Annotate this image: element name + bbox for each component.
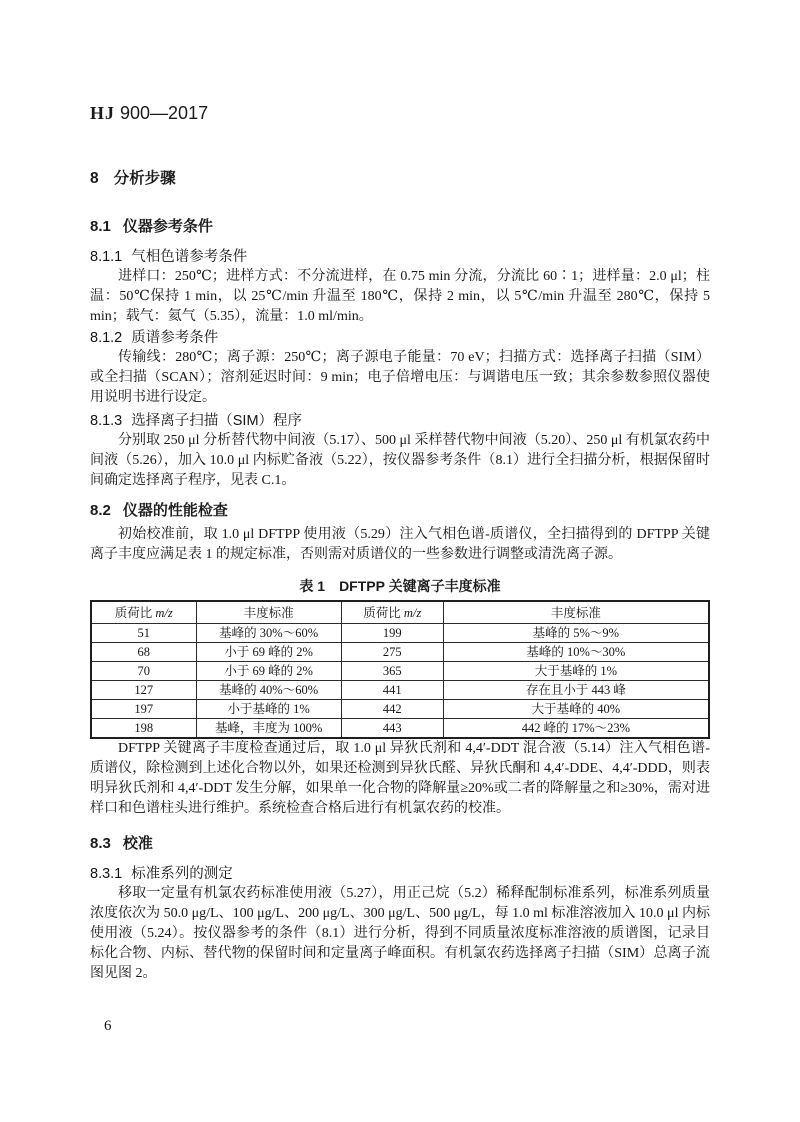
clause-number: 8.1.3 <box>90 413 122 429</box>
table-1-caption: 表 1 DFTPP 关键离子丰度标准 <box>90 578 710 594</box>
table-cell: 大于基峰的 40% <box>443 700 709 719</box>
section-title: 仪器参考条件 <box>123 218 213 235</box>
clause-8-3-1-heading: 8.3.1标准系列的测定 <box>90 864 710 884</box>
table-header-row: 质荷比 m/z 丰度标准 质荷比 m/z 丰度标准 <box>91 601 709 624</box>
paragraph-degradation-check: DFTPP 关键离子丰度检查通过后，取 1.0 μl 异狄氏剂和 4,4′-DD… <box>90 739 710 819</box>
mz-symbol: m/z <box>155 606 172 620</box>
clause-title: 选择离子扫描（SIM）程序 <box>131 413 302 429</box>
paragraph-gc-conditions: 进样口：250℃；进样方式：不分流进样，在 0.75 min 分流，分流比 60… <box>90 267 710 327</box>
table-cell: 小于 69 峰的 2% <box>196 643 341 662</box>
table-cell: 127 <box>91 681 196 700</box>
table-row: 70 小于 69 峰的 2% 365 大于基峰的 1% <box>91 662 709 681</box>
table-row: 51 基峰的 30%～60% 199 基峰的 5%～9% <box>91 624 709 643</box>
doc-code: HJ900—2017 <box>90 102 710 124</box>
section-number: 8.1 <box>90 218 111 235</box>
paragraph-ms-conditions: 传输线：280℃；离子源：250℃；离子源电子能量：70 eV；扫描方式：选择离… <box>90 348 710 408</box>
chapter-8-heading: 8分析步骤 <box>90 170 710 188</box>
table-cell: 68 <box>91 643 196 662</box>
table-row: 197 小于基峰的 1% 442 大于基峰的 40% <box>91 700 709 719</box>
clause-title: 标准系列的测定 <box>131 866 233 882</box>
table-cell: 443 <box>341 719 443 739</box>
paragraph-performance-check: 初始校准前，取 1.0 μl DFTPP 使用液（5.29）注入气相色谱-质谱仪… <box>90 525 710 565</box>
table-cell: 199 <box>341 624 443 643</box>
doc-code-prefix: HJ <box>90 103 115 123</box>
page-number: 6 <box>104 1018 112 1034</box>
section-number: 8.2 <box>90 502 111 519</box>
table-cell: 441 <box>341 681 443 700</box>
doc-code-number: 900—2017 <box>120 103 208 123</box>
section-8-1-heading: 8.1仪器参考条件 <box>90 218 710 236</box>
table-cell: 365 <box>341 662 443 681</box>
paragraph-sim-program: 分别取 250 μl 分析替代物中间液（5.17）、500 μl 采样替代物中间… <box>90 431 710 491</box>
table-cell: 存在且小于 443 峰 <box>443 681 709 700</box>
section-8-2-heading: 8.2仪器的性能检查 <box>90 502 710 520</box>
clause-title: 质谱参考条件 <box>131 330 218 346</box>
document-page: HJ900—2017 8分析步骤 8.1仪器参考条件 8.1.1气相色谱参考条件… <box>0 0 800 1122</box>
table-cell: 基峰的 5%～9% <box>443 624 709 643</box>
clause-title: 气相色谱参考条件 <box>131 249 247 265</box>
dftpp-abundance-table: 质荷比 m/z 丰度标准 质荷比 m/z 丰度标准 51 基峰的 30%～60%… <box>90 600 710 739</box>
table-cell: 基峰，丰度为 100% <box>196 719 341 739</box>
table-cell: 442 峰的 17%～23% <box>443 719 709 739</box>
table-row: 68 小于 69 峰的 2% 275 基峰的 10%～30% <box>91 643 709 662</box>
chapter-title: 分析步骤 <box>114 170 176 187</box>
clause-number: 8.1.1 <box>90 249 122 265</box>
section-number: 8.3 <box>90 835 111 852</box>
chapter-number: 8 <box>90 170 99 187</box>
mz-symbol: m/z <box>404 606 421 620</box>
clause-number: 8.1.2 <box>90 330 122 346</box>
table-cell: 197 <box>91 700 196 719</box>
table-cell: 51 <box>91 624 196 643</box>
table-row: 127 基峰的 40%～60% 441 存在且小于 443 峰 <box>91 681 709 700</box>
section-title: 仪器的性能检查 <box>123 502 228 519</box>
clause-8-1-2-heading: 8.1.2质谱参考条件 <box>90 328 710 348</box>
table-cell: 基峰的 40%～60% <box>196 681 341 700</box>
clause-8-1-3-heading: 8.1.3选择离子扫描（SIM）程序 <box>90 411 710 431</box>
table-cell: 小于基峰的 1% <box>196 700 341 719</box>
section-8-3-heading: 8.3校准 <box>90 835 710 853</box>
clause-8-1-1-heading: 8.1.1气相色谱参考条件 <box>90 247 710 267</box>
col-header-mz: 质荷比 m/z <box>341 601 443 624</box>
table-row: 198 基峰，丰度为 100% 443 442 峰的 17%～23% <box>91 719 709 739</box>
paragraph-standard-series: 移取一定量有机氯农药标准使用液（5.27），用正己烷（5.2）稀释配制标准系列，… <box>90 884 710 984</box>
col-header-abundance: 丰度标准 <box>196 601 341 624</box>
section-title: 校准 <box>123 835 153 852</box>
table-cell: 小于 69 峰的 2% <box>196 662 341 681</box>
clause-number: 8.3.1 <box>90 866 122 882</box>
col-header-abundance: 丰度标准 <box>443 601 709 624</box>
table-cell: 442 <box>341 700 443 719</box>
table-cell: 基峰的 10%～30% <box>443 643 709 662</box>
table-cell: 70 <box>91 662 196 681</box>
col-header-mz: 质荷比 m/z <box>91 601 196 624</box>
table-cell: 大于基峰的 1% <box>443 662 709 681</box>
table-cell: 275 <box>341 643 443 662</box>
table-cell: 198 <box>91 719 196 739</box>
table-cell: 基峰的 30%～60% <box>196 624 341 643</box>
